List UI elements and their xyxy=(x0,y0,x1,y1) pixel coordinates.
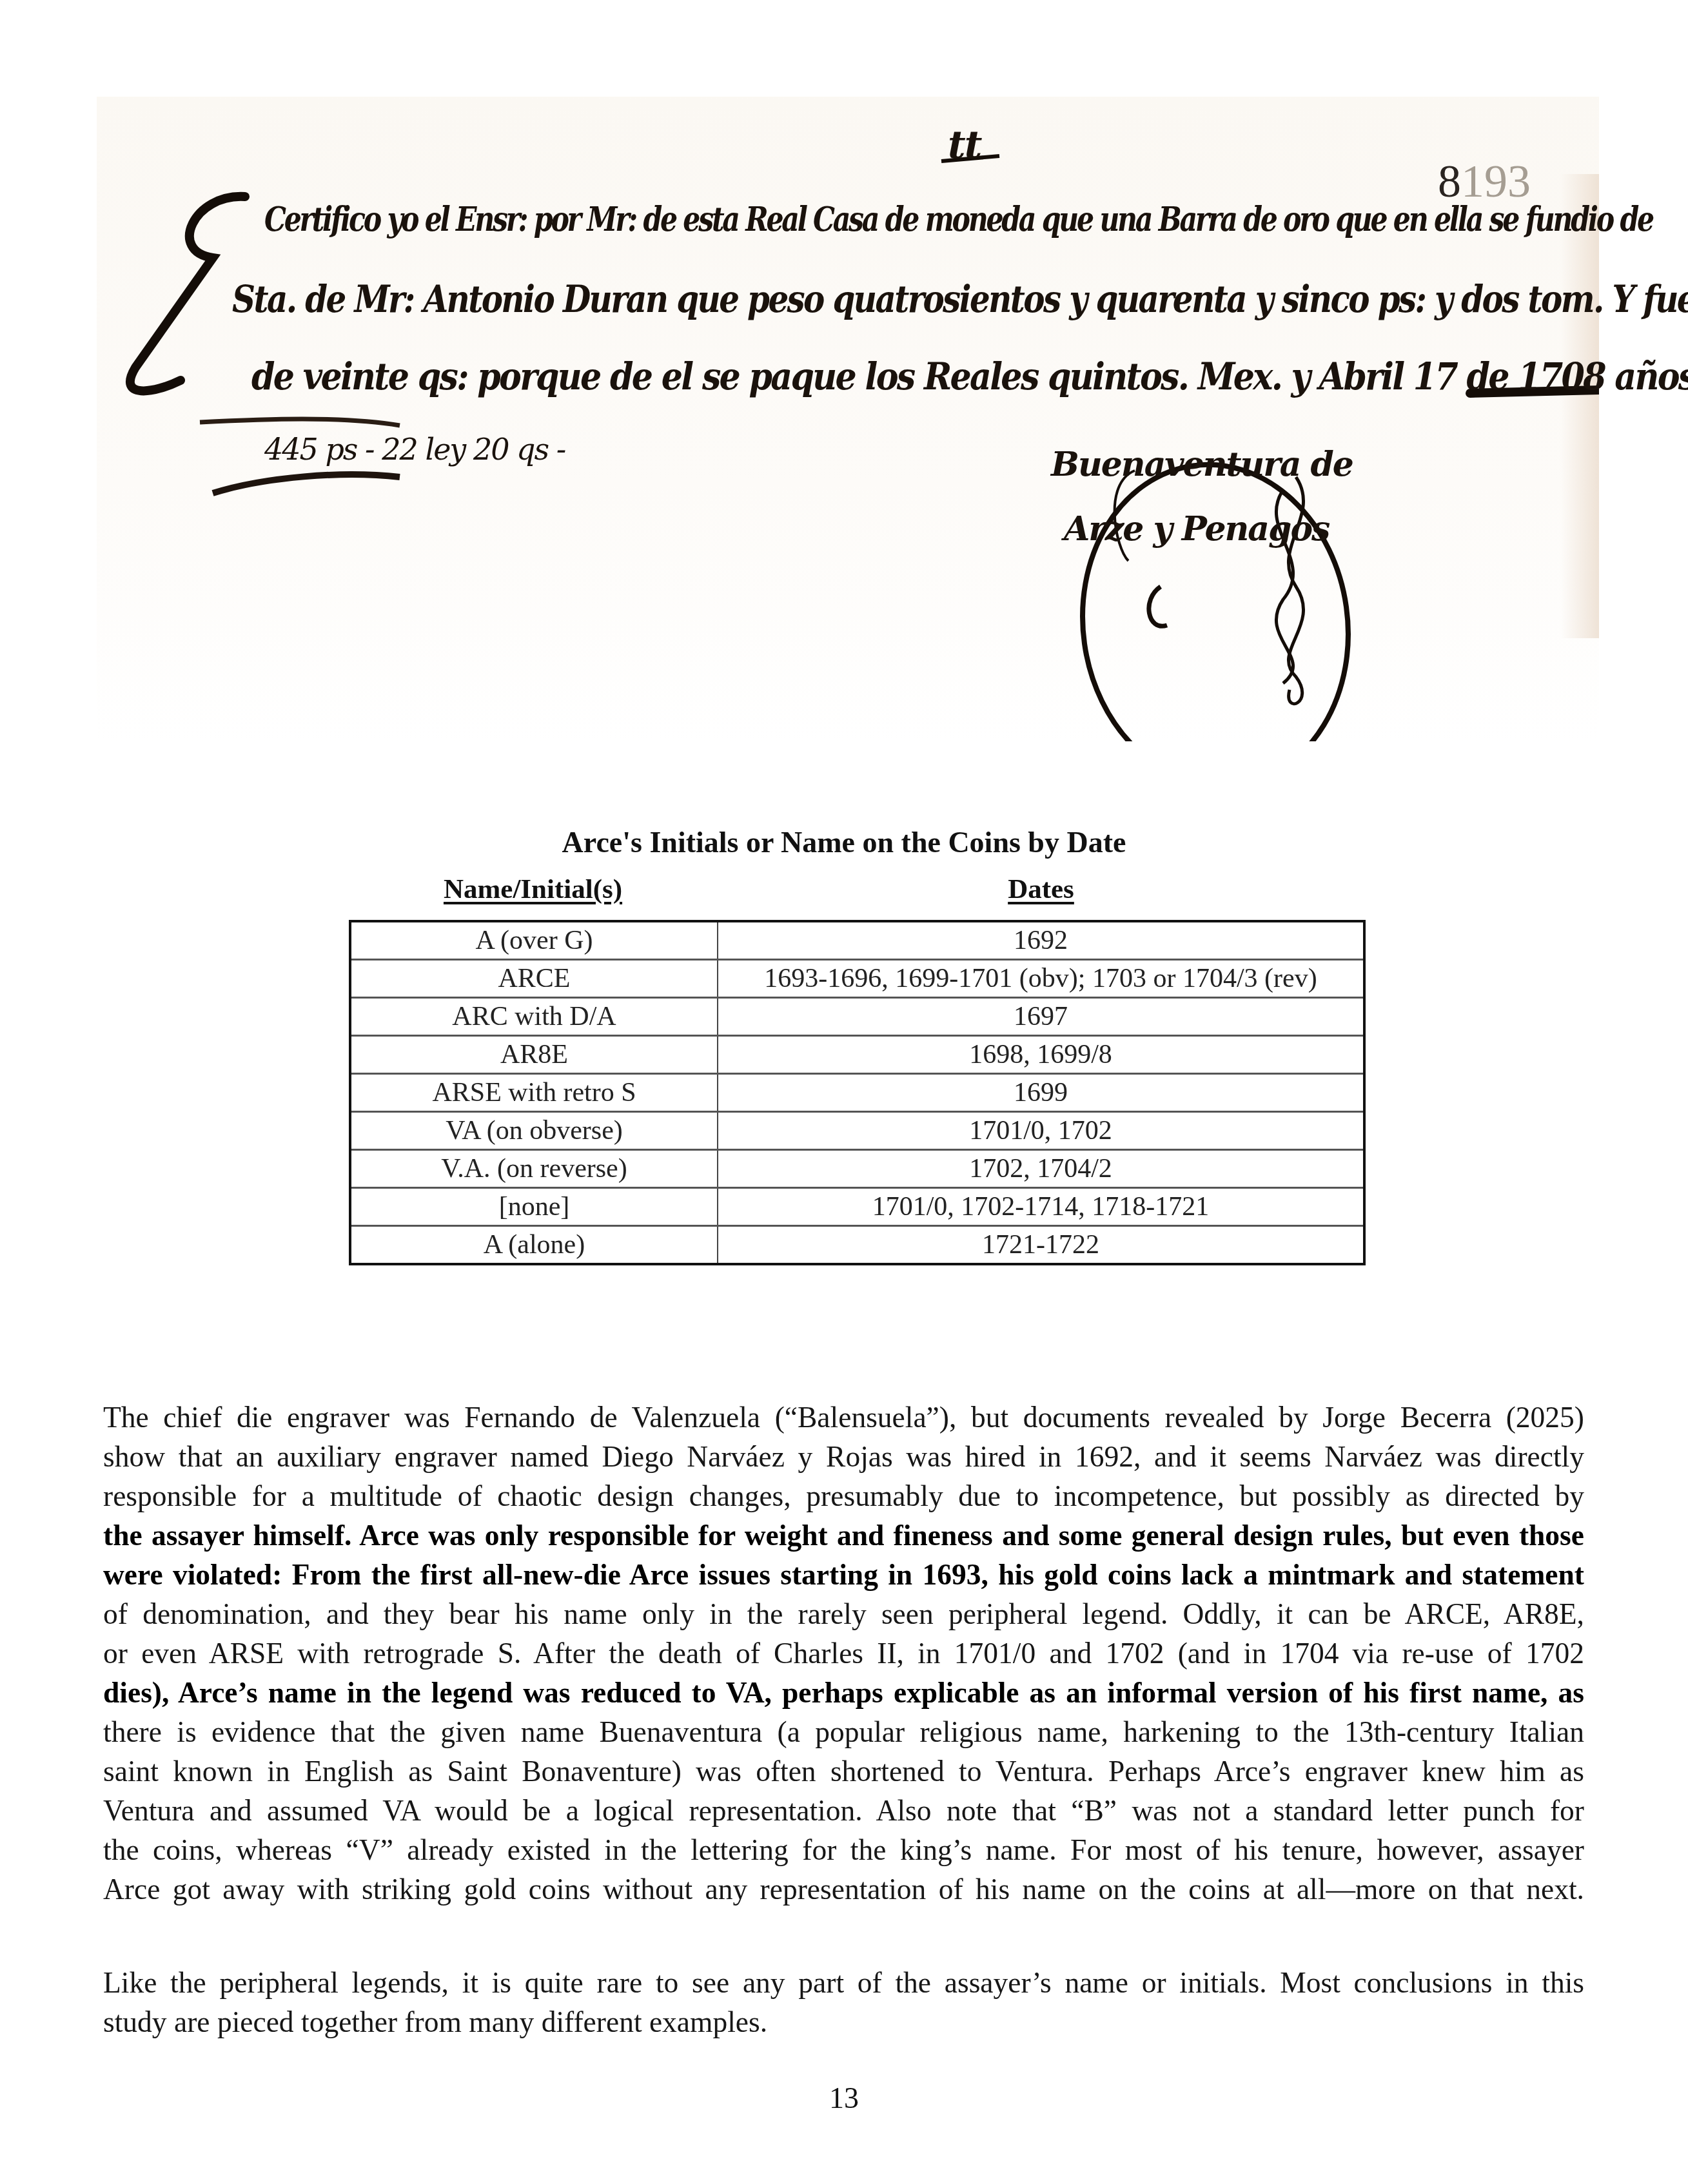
cell-dates: 1693-1696, 1699-1701 (obv); 1703 or 1704… xyxy=(718,960,1364,998)
column-header-name: Name/Initial(s) xyxy=(349,873,717,905)
text-line: Like the peripheral legends, it is quite… xyxy=(103,1963,1584,2002)
text-line-bold: were violated: From the first all-new-di… xyxy=(103,1555,1584,1594)
manuscript-signature-2: Arze y Penagos xyxy=(1064,509,1329,549)
cell-dates: 1721-1722 xyxy=(718,1226,1364,1265)
table-title: Arce's Initials or Name on the Coins by … xyxy=(0,825,1688,859)
cell-name: [none] xyxy=(350,1188,718,1226)
cell-name: A (over G) xyxy=(350,921,718,960)
cell-dates: 1697 xyxy=(718,998,1364,1036)
text-line: or even ARSE with retrograde S. After th… xyxy=(103,1633,1584,1673)
manuscript-line-3: de veinte qs: porque de el se paque los … xyxy=(251,355,1688,398)
text-line: Arce got away with striking gold coins w… xyxy=(103,1869,1584,1909)
cell-name: AR8E xyxy=(350,1036,718,1074)
column-header-dates: Dates xyxy=(717,873,1365,905)
cell-name: V.A. (on reverse) xyxy=(350,1150,718,1188)
initials-by-date-table: A (over G)1692 ARCE1693-1696, 1699-1701 … xyxy=(349,920,1366,1265)
cell-name: A (alone) xyxy=(350,1226,718,1265)
table-row: [none]1701/0, 1702-1714, 1718-1721 xyxy=(350,1188,1364,1226)
manuscript-line-1: Certifico yo el Ensr: por Mr: de esta Re… xyxy=(264,200,1653,239)
table-row: A (over G)1692 xyxy=(350,921,1364,960)
manuscript-line-2: Sta. de Mr: Antonio Duran que peso quatr… xyxy=(232,277,1688,321)
text-line: responsible for a multitude of chaotic d… xyxy=(103,1476,1584,1516)
table-row: A (alone)1721-1722 xyxy=(350,1226,1364,1265)
cell-dates: 1701/0, 1702 xyxy=(718,1112,1364,1150)
cell-name: ARSE with retro S xyxy=(350,1074,718,1112)
table-row: ARSE with retro S1699 xyxy=(350,1074,1364,1112)
text-line-bold: dies), Arce’s name in the legend was red… xyxy=(103,1673,1584,1712)
cell-dates: 1698, 1699/8 xyxy=(718,1036,1364,1074)
text-line: the coins, whereas “V” already existed i… xyxy=(103,1830,1584,1869)
manuscript-signature-1: Buenaventura de xyxy=(1051,445,1353,484)
table-row: ARC with D/A1697 xyxy=(350,998,1364,1036)
table-row: ARCE1693-1696, 1699-1701 (obv); 1703 or … xyxy=(350,960,1364,998)
cell-name: ARC with D/A xyxy=(350,998,718,1036)
table-row: AR8E1698, 1699/8 xyxy=(350,1036,1364,1074)
text-line: show that an auxiliary engraver named Di… xyxy=(103,1437,1584,1476)
page-number: 13 xyxy=(0,2081,1688,2115)
text-line: Ventura and assumed VA would be a logica… xyxy=(103,1791,1584,1830)
manuscript-image: 8193 tt Certifico yo el Ensr: por Mr: de… xyxy=(97,97,1599,741)
text-line: The chief die engraver was Fernando de V… xyxy=(103,1398,1584,1437)
table-row: VA (on obverse)1701/0, 1702 xyxy=(350,1112,1364,1150)
cell-name: VA (on obverse) xyxy=(350,1112,718,1150)
cell-dates: 1699 xyxy=(718,1074,1364,1112)
text-line: there is evidence that the given name Bu… xyxy=(103,1712,1584,1751)
cell-dates: 1702, 1704/2 xyxy=(718,1150,1364,1188)
ink-flourishes xyxy=(97,97,1599,741)
cell-name: ARCE xyxy=(350,960,718,998)
text-line: of denomination, and they bear his name … xyxy=(103,1594,1584,1633)
text-line: study are pieced together from many diff… xyxy=(103,2002,1584,2042)
body-paragraph-2: Like the peripheral legends, it is quite… xyxy=(103,1963,1584,2042)
manuscript-line-4: 445 ps - 22 ley 20 qs - xyxy=(264,432,565,467)
table-row: V.A. (on reverse)1702, 1704/2 xyxy=(350,1150,1364,1188)
text-line-bold: the assayer himself. Arce was only respo… xyxy=(103,1516,1584,1555)
text-line: saint known in English as Saint Bonavent… xyxy=(103,1751,1584,1791)
cell-dates: 1701/0, 1702-1714, 1718-1721 xyxy=(718,1188,1364,1226)
body-paragraph-1: The chief die engraver was Fernando de V… xyxy=(103,1398,1584,1909)
manuscript-top-mark: tt xyxy=(948,122,981,168)
cell-dates: 1692 xyxy=(718,921,1364,960)
